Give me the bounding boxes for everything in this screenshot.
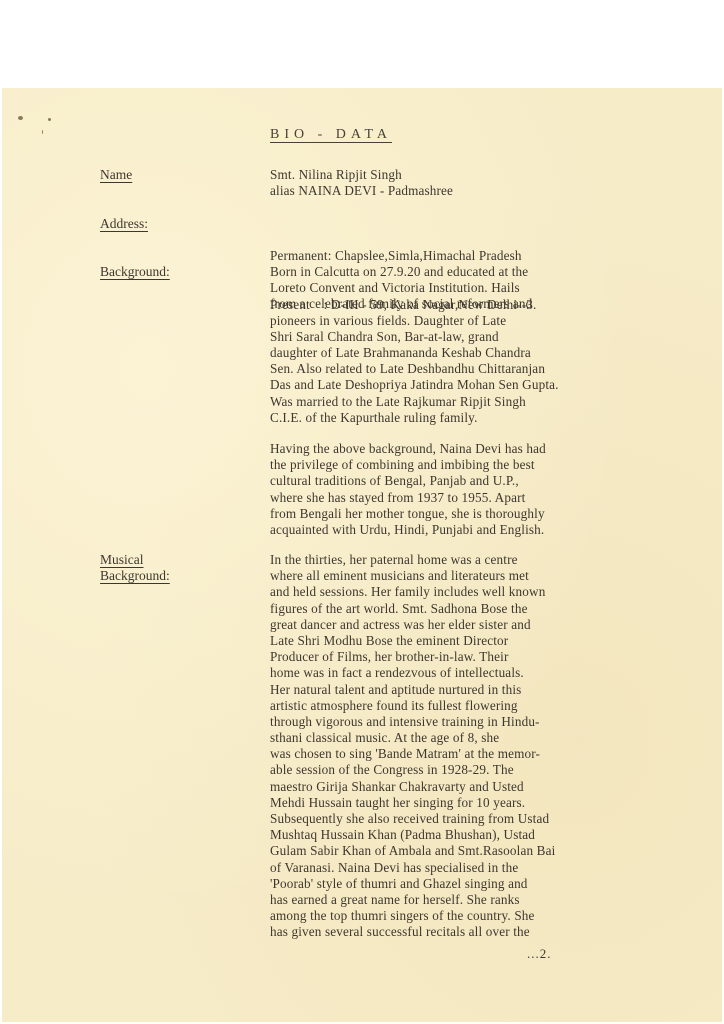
paper-stain [48,118,51,121]
text-line: has given several successful recitals al… [270,924,555,940]
name-label: Name [100,167,132,183]
text-line: Born in Calcutta on 27.9.20 and educated… [270,264,559,280]
name-line: Smt. Nilina Ripjit Singh [270,167,453,183]
background-label-text: Background: [100,264,170,280]
page-continuation: ...2. [527,946,552,962]
text-line: In the thirties, her paternal home was a… [270,552,555,568]
text-line: maestro Girija Shankar Chakravarty and U… [270,779,555,795]
text-line: Shri Saral Chandra Son, Bar-at-law, gran… [270,329,559,345]
text-line: pioneers in various fields. Daughter of … [270,313,559,329]
name-label-text: Name [100,167,132,183]
text-line: from Bengali her mother tongue, she is t… [270,506,546,522]
paper-stain [18,116,23,120]
text-line: has earned a great name for herself. She… [270,892,555,908]
text-line: Late Shri Modhu Bose the eminent Directo… [270,633,555,649]
name-value: Smt. Nilina Ripjit Singh alias NAINA DEV… [270,167,453,199]
address-line: Permanent: Chapslee,Simla,Himachal Prade… [270,248,536,264]
text-line: of Varanasi. Naina Devi has specialised … [270,860,555,876]
musical-background-paragraph: In the thirties, her paternal home was a… [270,552,555,941]
address-label-text: Address: [100,216,148,232]
musical-label-line1: Musical [100,552,170,568]
text-line: acquainted with Urdu, Hindi, Punjabi and… [270,522,546,538]
text-line: Mehdi Hussain taught her singing for 10 … [270,795,555,811]
text-line: Mushtaq Hussain Khan (Padma Bhushan), Us… [270,827,555,843]
text-line: the privilege of combining and imbibing … [270,457,546,473]
text-line: figures of the art world. Smt. Sadhona B… [270,601,555,617]
text-line: daughter of Late Brahmananda Keshab Chan… [270,345,559,361]
text-line: home was in fact a rendezvous of intelle… [270,665,555,681]
background-paragraph-2: Having the above background, Naina Devi … [270,441,546,538]
text-line: Having the above background, Naina Devi … [270,441,546,457]
text-line: cultural traditions of Bengal, Panjab an… [270,473,546,489]
text-line: Subsequently she also received training … [270,811,555,827]
text-line: and held sessions. Her family includes w… [270,584,555,600]
text-line: where she has stayed from 1937 to 1955. … [270,490,546,506]
text-line: C.I.E. of the Kapurthale ruling family. [270,410,559,426]
background-paragraph-1: Born in Calcutta on 27.9.20 and educated… [270,264,559,426]
musical-label-line2: Background: [100,568,170,584]
text-line: from a celebrated family of social refor… [270,296,559,312]
text-line: was chosen to sing 'Bande Matram' at the… [270,746,555,762]
text-line: 'Poorab' style of thumri and Ghazel sing… [270,876,555,892]
text-line: sthani classical music. At the age of 8,… [270,730,555,746]
text-line: Was married to the Late Rajkumar Ripjit … [270,394,559,410]
text-line: among the top thumri singers of the coun… [270,908,555,924]
text-line: Her natural talent and aptitude nurtured… [270,682,555,698]
musical-background-label: Musical Background: [100,552,170,584]
text-line: Gulam Sabir Khan of Ambala and Smt.Rasoo… [270,843,555,859]
text-line: Das and Late Deshopriya Jatindra Mohan S… [270,377,559,393]
text-line: Sen. Also related to Late Deshbandhu Chi… [270,361,559,377]
paper-stain [42,130,43,134]
text-line: Loreto Convent and Victoria Institution.… [270,280,559,296]
name-line: alias NAINA DEVI - Padmashree [270,183,453,199]
text-line: able session of the Congress in 1928-29.… [270,762,555,778]
text-line: artistic atmosphere found its fullest fl… [270,698,555,714]
text-line: through vigorous and intensive training … [270,714,555,730]
text-line: Producer of Films, her brother-in-law. T… [270,649,555,665]
text-line: great dancer and actress was her elder s… [270,617,555,633]
address-label: Address: [100,216,148,232]
document-title: BIO - DATA [270,127,392,143]
background-label: Background: [100,264,170,280]
text-line: where all eminent musicians and literate… [270,568,555,584]
